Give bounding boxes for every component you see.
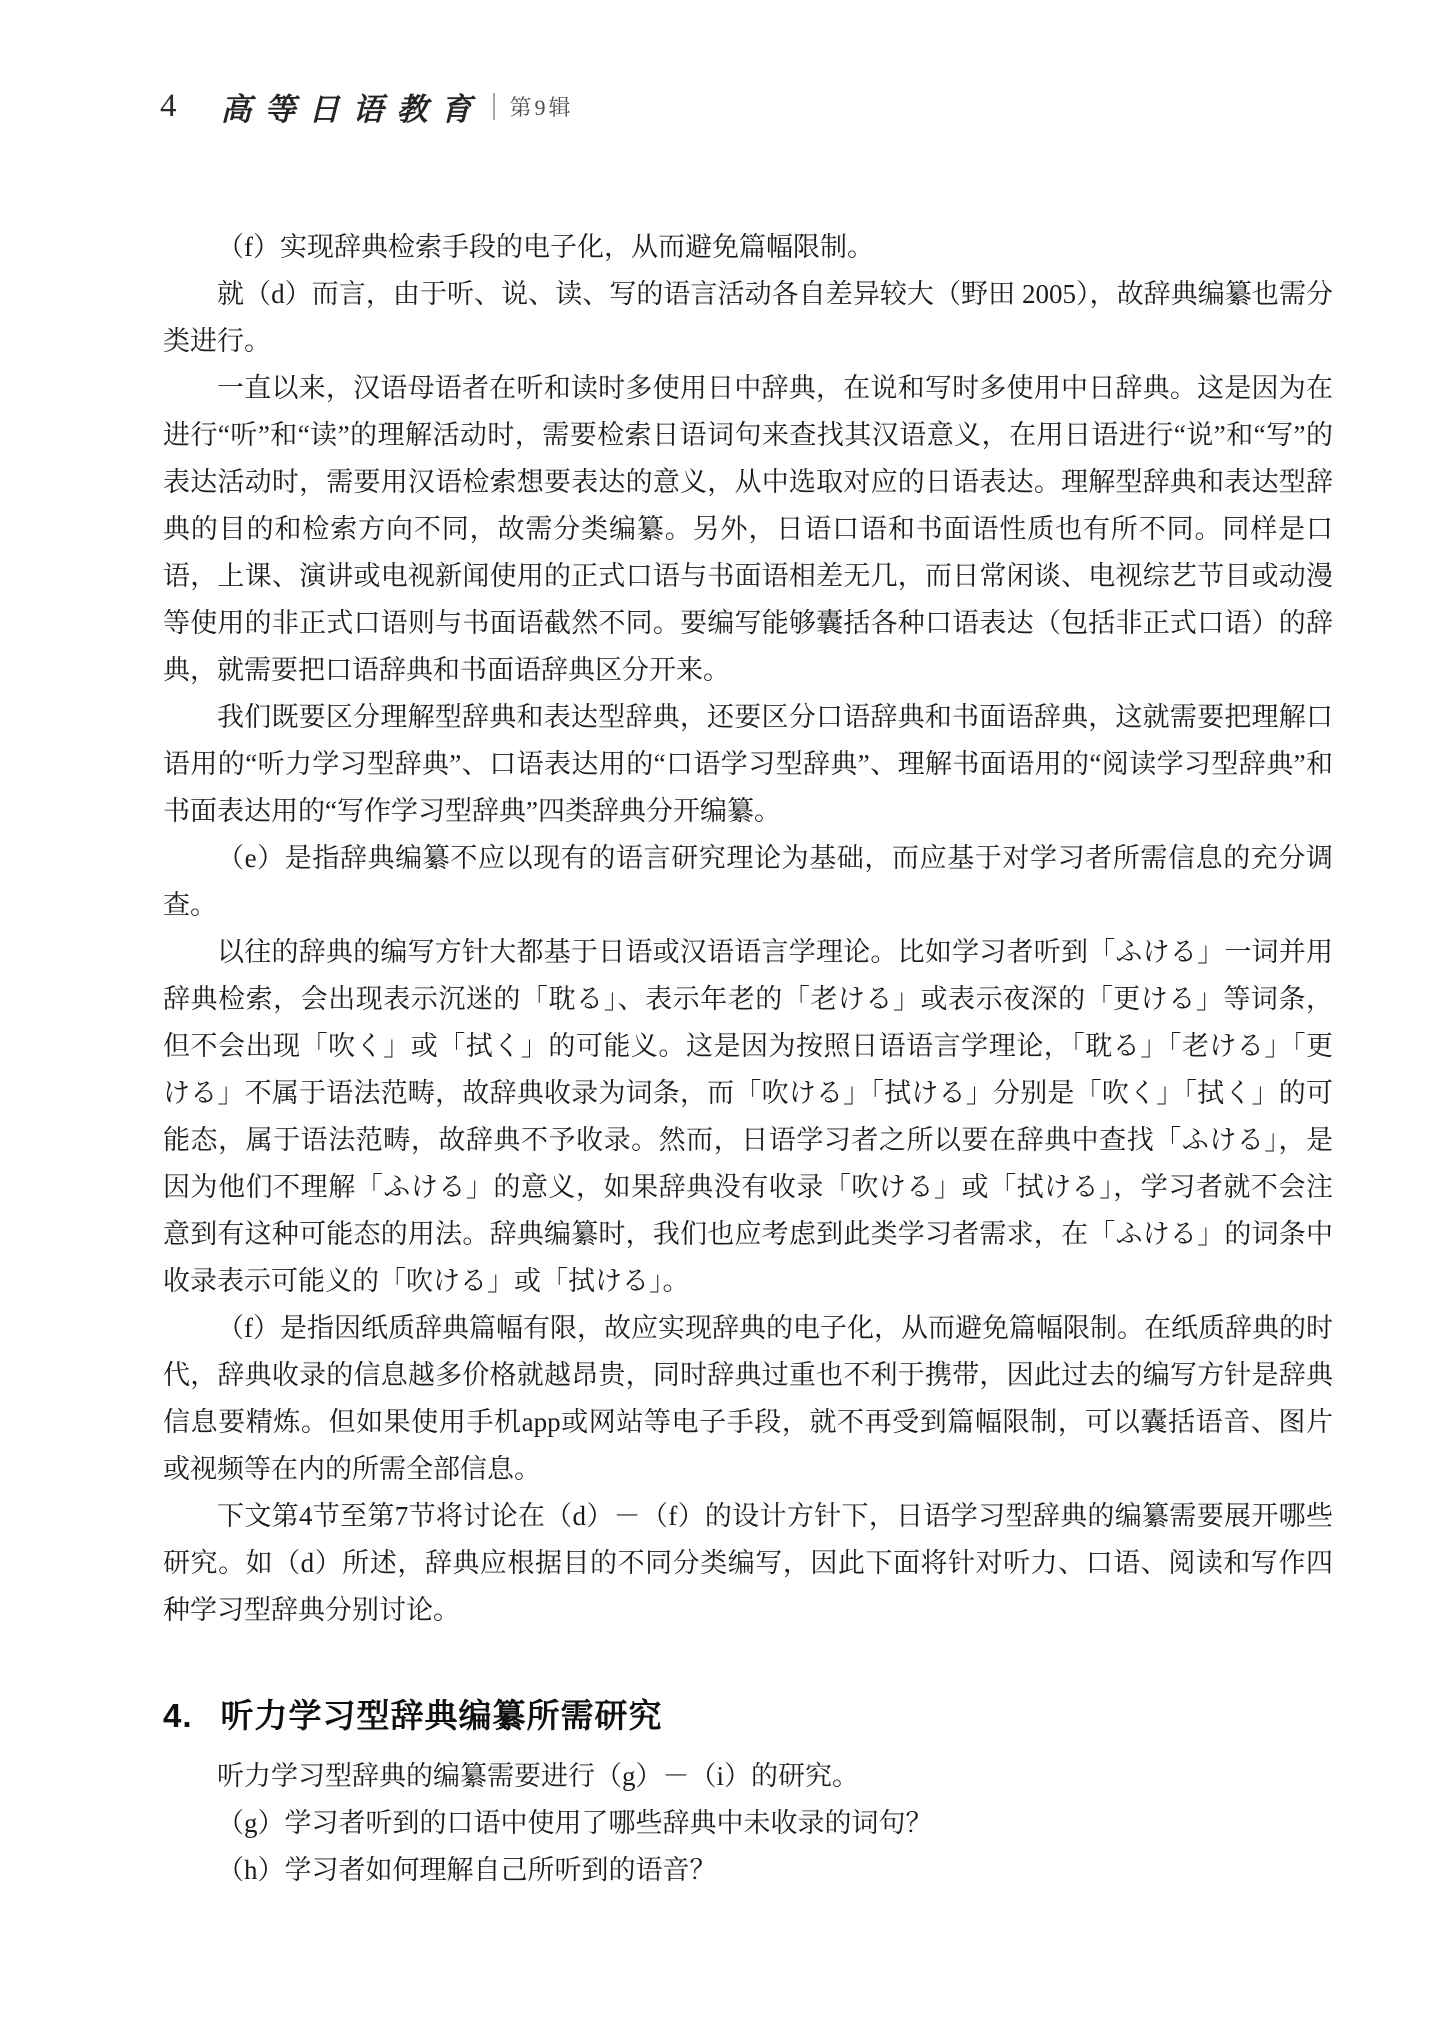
paragraph: （f）实现辞典检索手段的电子化，从而避免篇幅限制。 [163,224,1333,271]
paragraph: （h）学习者如何理解自己所听到的语音？ [163,1847,1333,1894]
header-divider [493,93,495,120]
section-title: 听力学习型辞典编纂所需研究 [221,1690,663,1737]
paragraph: 我们既要区分理解型辞典和表达型辞典，还要区分口语辞典和书面语辞典，这就需要把理解… [163,694,1333,835]
paragraph: 一直以来，汉语母语者在听和读时多使用日中辞典，在说和写时多使用中日辞典。这是因为… [163,365,1333,694]
paragraph: 以往的辞典的编写方针大都基于日语或汉语语言学理论。比如学习者听到「ふける」一词并… [163,929,1333,1305]
page-body: （f）实现辞典检索手段的电子化，从而避免篇幅限制。 就（d）而言，由于听、说、读… [163,224,1333,1894]
paragraph: （g）学习者听到的口语中使用了哪些辞典中未收录的词句？ [163,1800,1333,1847]
document-page: 4 高等日语教育 第9辑 （f）实现辞典检索手段的电子化，从而避免篇幅限制。 就… [0,0,1445,2021]
paragraph: 听力学习型辞典的编纂需要进行（g）－（i）的研究。 [163,1753,1333,1800]
journal-title: 高等日语教育 [221,84,485,129]
paragraph: 就（d）而言，由于听、说、读、写的语言活动各自差异较大（野田 2005），故辞典… [163,271,1333,365]
page-number: 4 [160,88,177,125]
paragraph: （f）是指因纸质辞典篇幅有限，故应实现辞典的电子化，从而避免篇幅限制。在纸质辞典… [163,1305,1333,1493]
section-heading: 4. 听力学习型辞典编纂所需研究 [163,1690,1333,1737]
paragraph: （e）是指辞典编纂不应以现有的语言研究理论为基础，而应基于对学习者所需信息的充分… [163,835,1333,929]
issue-label: 第9辑 [510,91,574,122]
section-number: 4. [163,1697,193,1735]
paragraph: 下文第4节至第7节将讨论在（d）－（f）的设计方针下，日语学习型辞典的编纂需要展… [163,1493,1333,1634]
running-header: 4 高等日语教育 第9辑 [160,84,574,129]
